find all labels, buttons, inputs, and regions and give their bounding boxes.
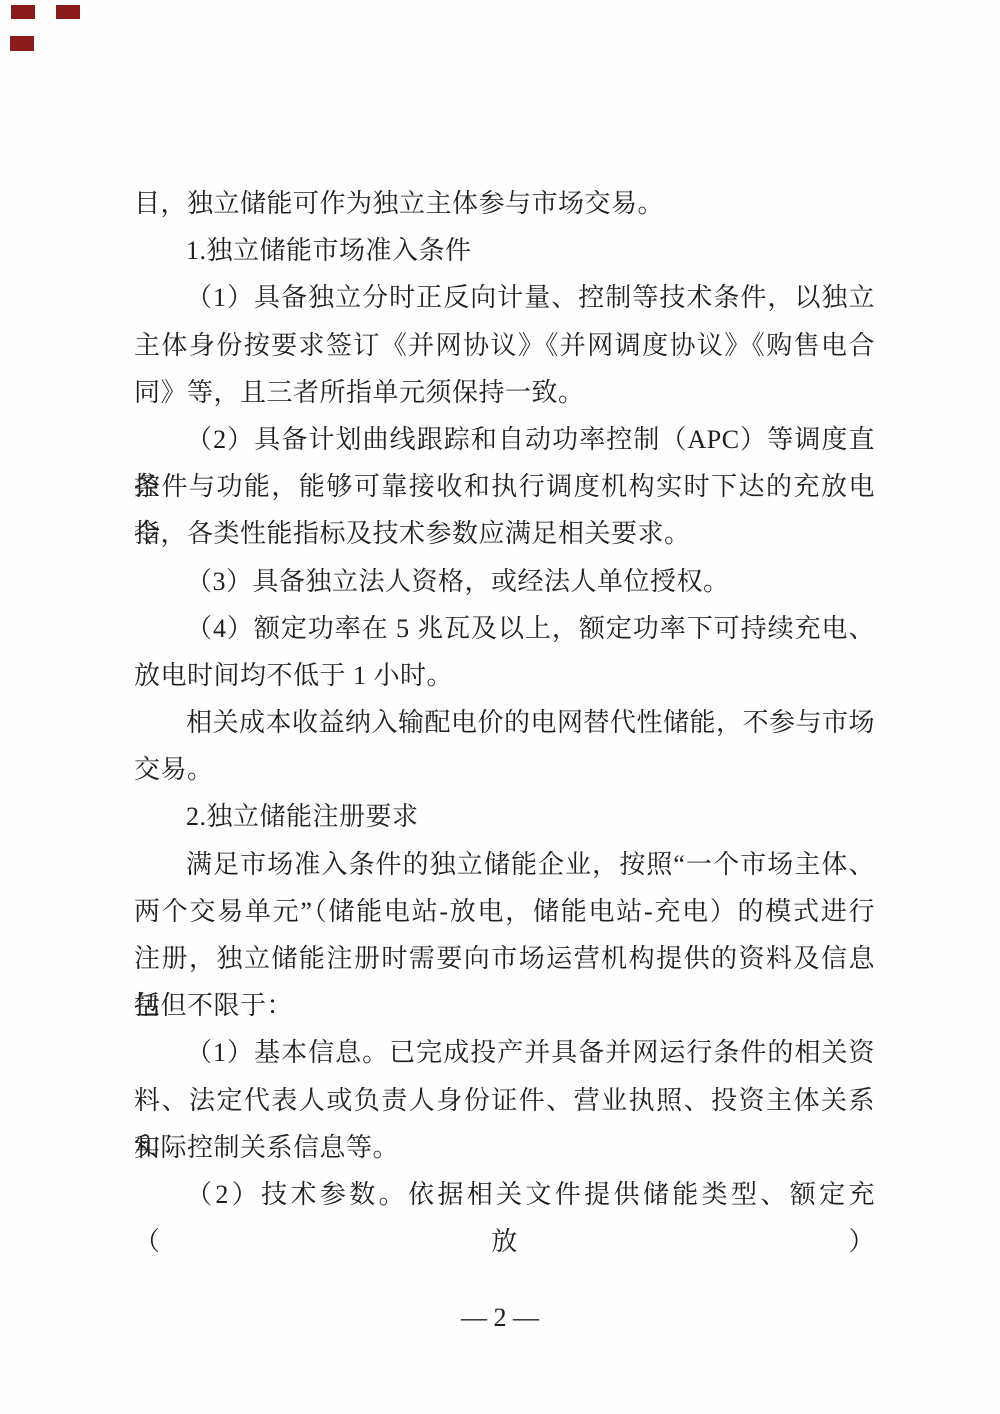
text-line: 令，各类性能指标及技术参数应满足相关要求。 <box>134 510 875 557</box>
text-line: 条件与功能，能够可靠接收和执行调度机构实时下达的充放电指 <box>134 463 875 510</box>
text-line: 放电时间均不低于 1 小时。 <box>134 652 875 699</box>
text-line: （2）技术参数。依据相关文件提供储能类型、额定充（放） <box>134 1171 875 1218</box>
text-line-heading: 2.独立储能注册要求 <box>134 793 875 840</box>
text-line: 两个交易单元”（储能电站-放电，储能电站-充电）的模式进行 <box>134 888 875 935</box>
text-line: （3）具备独立法人资格，或经法人单位授权。 <box>134 558 875 605</box>
text-line: 交易。 <box>134 746 875 793</box>
page-number: — 2 — <box>461 1303 539 1332</box>
text-line: （2）具备计划曲线跟踪和自动功率控制（APC）等调度直控 <box>134 416 875 463</box>
text-line: 注册，独立储能注册时需要向市场运营机构提供的资料及信息包 <box>134 935 875 982</box>
text-line: 同》等，且三者所指单元须保持一致。 <box>134 369 875 416</box>
text-line-heading: 1.独立储能市场准入条件 <box>134 227 875 274</box>
text-line: 相关成本收益纳入输配电价的电网替代性储能，不参与市场 <box>134 699 875 746</box>
page-footer: — 2 — <box>0 1303 1000 1333</box>
text-line: （1）具备独立分时正反向计量、控制等技术条件，以独立 <box>134 274 875 321</box>
text-line: 实际控制关系信息等。 <box>134 1124 875 1171</box>
text-line: 括但不限于： <box>134 982 875 1029</box>
text-line: 主体身份按要求签订《并网协议》《并网调度协议》《购售电合 <box>134 322 875 369</box>
body-text: 目，独立储能可作为独立主体参与市场交易。 1.独立储能市场准入条件 （1）具备独… <box>134 180 875 1218</box>
text-line: （1）基本信息。已完成投产并具备并网运行条件的相关资 <box>134 1029 875 1076</box>
text-line: 料、法定代表人或负责人身份证件、营业执照、投资主体关系和 <box>134 1077 875 1124</box>
scan-artifact-mark <box>10 36 34 51</box>
scan-artifact-mark <box>56 5 80 19</box>
text-line: 目，独立储能可作为独立主体参与市场交易。 <box>134 180 875 227</box>
text-line: 满足市场准入条件的独立储能企业，按照“一个市场主体、 <box>134 841 875 888</box>
scan-artifact-mark <box>11 5 35 19</box>
document-page: 目，独立储能可作为独立主体参与市场交易。 1.独立储能市场准入条件 （1）具备独… <box>0 0 1000 1414</box>
text-line: （4）额定功率在 5 兆瓦及以上，额定功率下可持续充电、 <box>134 605 875 652</box>
